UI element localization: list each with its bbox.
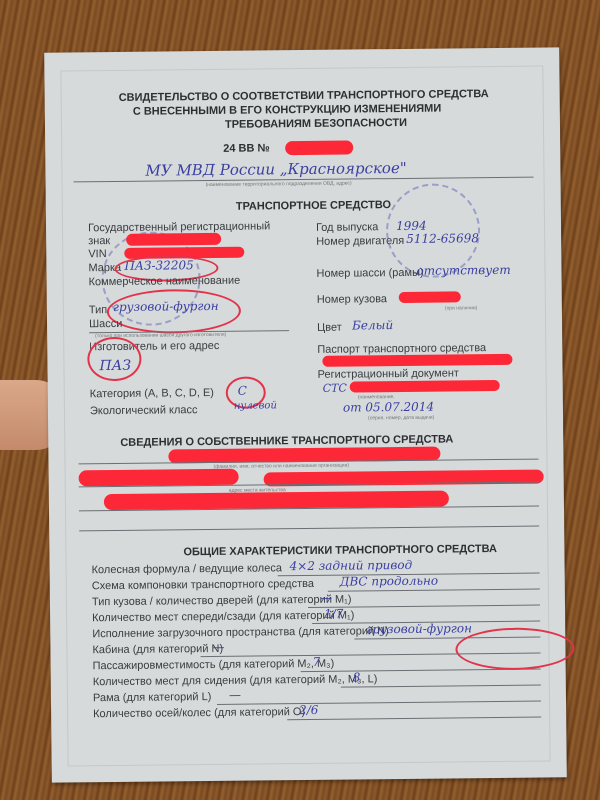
spec-value: — <box>212 640 224 654</box>
certificate-document: СВИДЕТЕЛЬСТВО О СООТВЕТСТВИИ ТРАНСПОРТНО… <box>44 47 567 782</box>
eco-value: нулевой <box>234 400 277 411</box>
series-label: 24 ВВ № <box>223 142 270 154</box>
engine-value: 5112-65698 <box>406 231 479 246</box>
spec-row: Тип кузова / количество дверей (для кате… <box>44 47 559 52</box>
spec-value: 2/6 <box>299 703 318 717</box>
spec-row: Исполнение загрузочного пространства (дл… <box>44 47 559 52</box>
type-label: Тип <box>89 304 107 316</box>
spec-row: Колесная формула / ведущие колеса4×2 зад… <box>44 47 559 52</box>
chassis-no-value: отсутствует <box>416 263 510 278</box>
year-label: Год выпуска <box>316 221 378 234</box>
spec-row: Пассажировместимость (для категорий M₂, … <box>44 47 559 52</box>
reg-doc-label: Регистрационный документ <box>318 367 459 380</box>
color-label: Цвет <box>317 322 342 334</box>
eco-label: Экологический класс <box>90 404 198 417</box>
chassis-no-label: Номер шасси (рамы) <box>316 267 423 280</box>
spec-value: 4×2 задний привод <box>290 558 413 573</box>
reg-doc-date: от 05.07.2014 <box>343 400 434 415</box>
redaction-reg-sign <box>126 233 221 246</box>
category-label: Категория (A, B, C, D, E) <box>90 387 214 400</box>
spec-row: Количество мест для сидения (для категор… <box>44 47 559 52</box>
spec-label: Количество осей/колес (для категорий O) <box>93 706 305 720</box>
color-value: Белый <box>352 318 393 332</box>
spec-value: 7 <box>313 655 321 669</box>
issuer-handwritten: МУ МВД России „Красноярское" <box>145 159 406 180</box>
spec-row: Кабина (для категорий N)— <box>44 47 559 52</box>
reg-doc-prefix: СТС <box>323 382 347 395</box>
vin-label: VIN <box>88 248 106 260</box>
redaction-serial <box>285 140 353 155</box>
spec-value: грузовой-фургон <box>366 621 472 636</box>
spec-row: Количество мест спереди/сзади (для катег… <box>44 47 559 52</box>
reg-sign-label: Государственный регистрационный <box>88 220 270 234</box>
body-caption: (при наличии) <box>445 305 478 311</box>
redaction-reg-doc <box>350 380 500 393</box>
spec-value: — <box>320 591 332 605</box>
spec-label: Колесная формула / ведущие колеса <box>92 562 282 576</box>
spec-label: Кабина (для категорий N) <box>92 643 223 656</box>
engine-label: Номер двигателя <box>316 235 404 248</box>
redaction-passport <box>322 354 512 367</box>
reg-sign-label-2: знак <box>88 235 110 247</box>
title-line-3: ТРЕБОВАНИЯМ БЕЗОПАСНОСТИ <box>225 117 407 131</box>
chassis-label: Шасси <box>89 318 122 330</box>
spec-value: 8 <box>353 670 361 684</box>
reg-doc-caption-2: (серия, номер, дата выдачи) <box>368 415 434 422</box>
annotation-circle-cargo <box>455 627 574 670</box>
commercial-name-label: Коммерческое наименование <box>89 275 241 289</box>
specs-list: Колесная формула / ведущие колеса4×2 зад… <box>44 47 559 52</box>
spec-value: 1/7 <box>324 607 343 621</box>
spec-label: Рама (для категорий L) <box>93 691 212 704</box>
spec-row: Рама (для категорий L)— <box>44 47 559 52</box>
spec-row: Схема компоновки транспортного средстваД… <box>44 47 559 52</box>
spec-value: — <box>229 688 241 702</box>
body-no-label: Номер кузова <box>317 293 387 306</box>
vehicle-heading: ТРАНСПОРТНОЕ СРЕДСТВО <box>236 199 391 213</box>
spec-row: Количество осей/колес (для категорий O)2… <box>44 47 559 52</box>
redaction-body-no <box>399 291 461 303</box>
redaction-owner-1 <box>79 469 239 487</box>
spec-label: Схема компоновки транспортного средства <box>92 578 314 592</box>
spec-label: Пассажировместимость (для категорий M₂, … <box>93 658 335 673</box>
spec-value: ДВС продольно <box>340 574 438 589</box>
